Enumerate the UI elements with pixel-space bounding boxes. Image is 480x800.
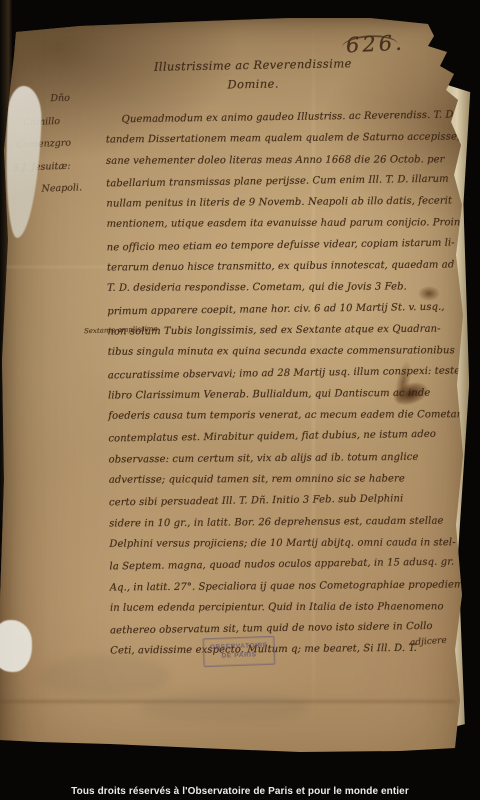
body-line: mentionem, utique easdem ita evanuisse h…	[107, 218, 453, 241]
body-line: sane vehementer doleo literas meas Anno …	[106, 154, 452, 177]
body-line: tandem Dissertationem meam qualem qualem…	[106, 132, 452, 156]
observatory-stamp: OBSERVATOIRE DE PARIS	[203, 636, 276, 667]
salutation-line-1: Illustrissime ac Reverendissime	[148, 54, 358, 77]
margin-note-line: Dño	[50, 86, 107, 110]
manuscript-scan: 626. Illustrissime ac Reverendissime Dom…	[0, 0, 480, 800]
body-line: accuratissime observavi; imo ad 28 Marti…	[108, 365, 454, 391]
margin-note-line: Neapoli.	[41, 176, 110, 201]
body-line: ne officio meo etiam eo tempore defuisse…	[107, 237, 453, 263]
body-line: terarum denuo hisce transmitto, ex quibu…	[107, 260, 453, 284]
repair-patch-top-left	[3, 85, 42, 238]
copyright-caption: Tous droits réservés à l'Observatoire de…	[0, 786, 480, 797]
body-line: T. D. desideria respondisse. Cometam, qu…	[107, 282, 453, 305]
body-line: tibus singula minuta ex quina secunda ex…	[108, 346, 454, 369]
letter-salutation: Illustrissime ac Reverendissime Domine.	[148, 54, 359, 96]
ink-bleedthrough	[140, 692, 310, 722]
stamp-line-2: DE PARIS	[221, 651, 256, 661]
salutation-line-2: Domine.	[148, 73, 358, 96]
manuscript-page: 626. Illustrissime ac Reverendissime Dom…	[0, 0, 480, 800]
body-line: observasse: cum certum sit, vix ab alijs…	[109, 451, 455, 475]
body-line: nullam penitus in literis de 9 Novemb. N…	[106, 196, 452, 220]
body-line: Ceti, avidissime exspecto. Multum q; me …	[110, 643, 456, 667]
letter-body: Quemadmodum ex animo gaudeo Illustriss. …	[106, 111, 457, 668]
body-line: non solum Tubis longissimis, sed ex Sext…	[107, 323, 453, 347]
body-line: primum apparere coepit, mane hor. civ. 6…	[107, 301, 453, 327]
body-line: Aq., in latit. 27°. Specialiora ij quae …	[110, 579, 456, 603]
repair-patch-bottom-left	[0, 620, 32, 672]
body-line: sidere in 10 gr., in latit. Bor. 26 depr…	[109, 515, 455, 539]
